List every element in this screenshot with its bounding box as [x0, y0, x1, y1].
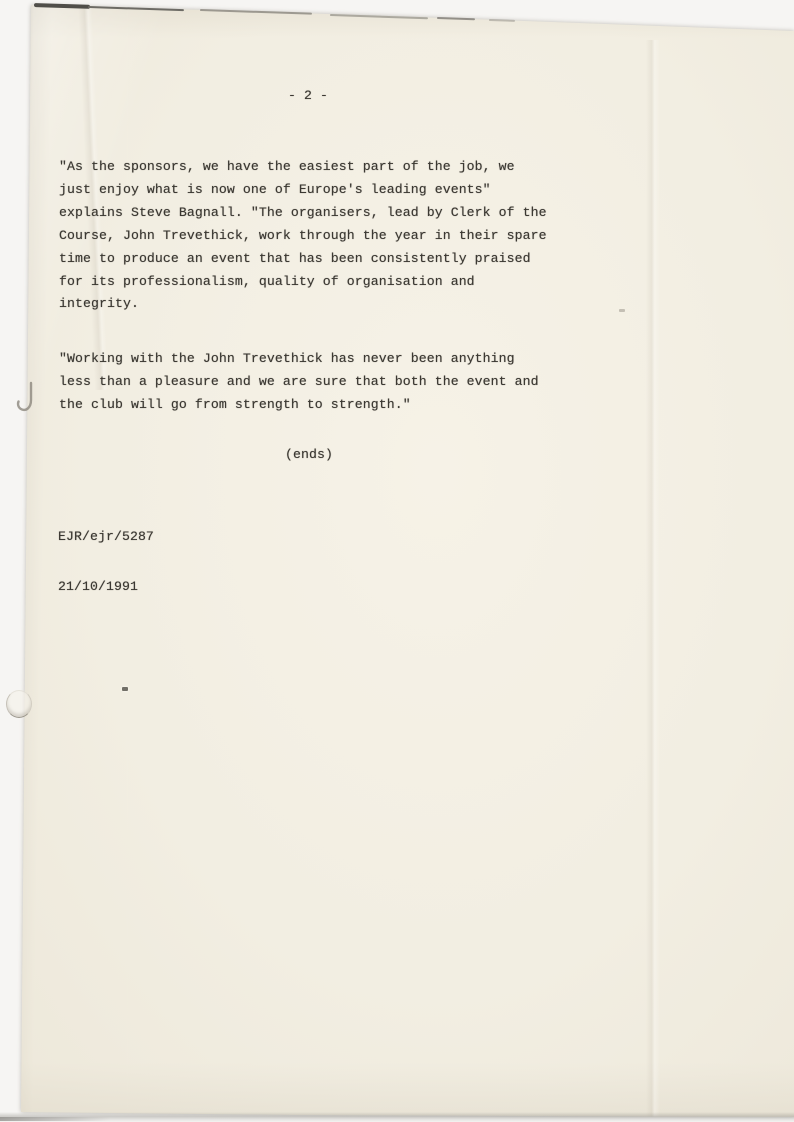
date: 21/10/1991 [58, 579, 154, 596]
ink-speck [619, 309, 625, 312]
scan-bottom-edge [0, 1112, 794, 1122]
body-paragraph-2: "Working with the John Trevethick has ne… [59, 348, 539, 417]
signoff-block: EJR/ejr/5287 21/10/1991 [58, 495, 154, 629]
paper-crease [646, 40, 660, 1122]
body-paragraph-1: "As the sponsors, we have the easiest pa… [59, 156, 547, 316]
page-number: - 2 - [288, 88, 328, 103]
scan-bottom-edge-corner [0, 1117, 110, 1121]
punch-hole-mark [6, 690, 32, 718]
paper-clip-mark [15, 381, 41, 415]
ends-note: (ends) [285, 447, 333, 462]
ink-speck [122, 687, 128, 691]
reference-code: EJR/ejr/5287 [58, 529, 154, 546]
scanned-document-page: - 2 - "As the sponsors, we have the easi… [0, 0, 794, 1122]
